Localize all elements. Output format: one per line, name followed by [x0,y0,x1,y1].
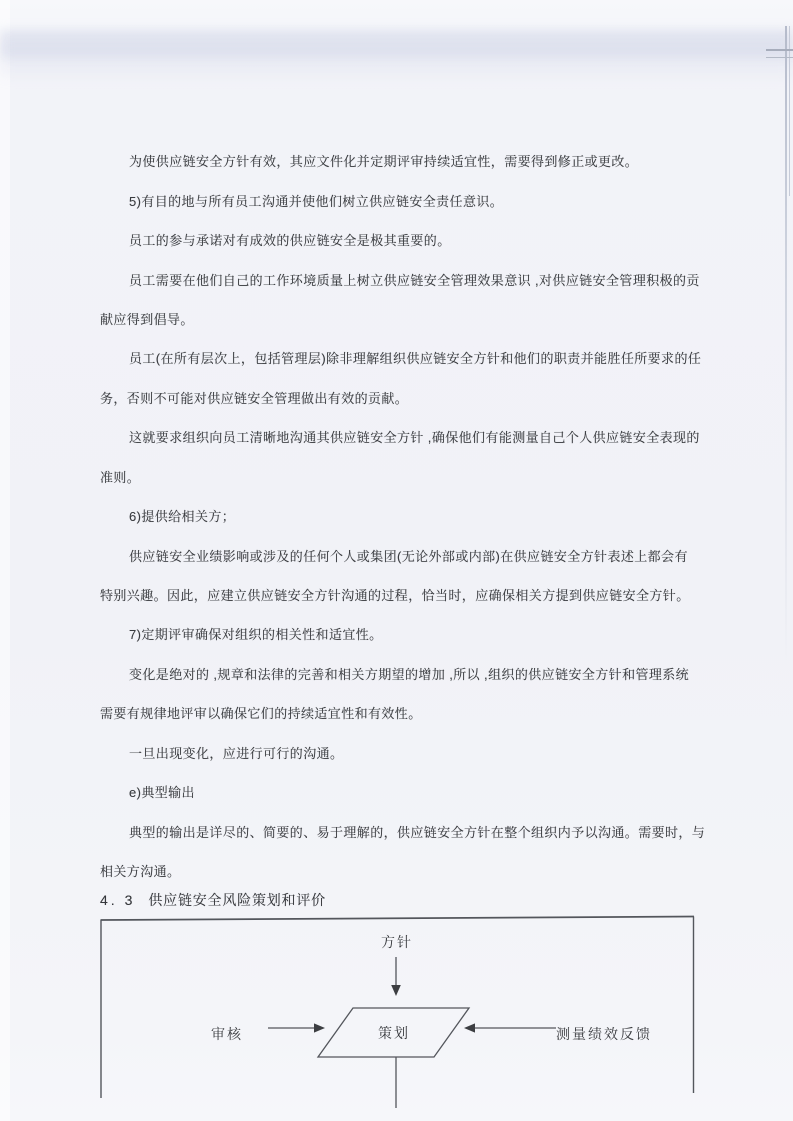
text-line: 需要有规律地评审以确保它们的持续适宜性和有效性。 [100,693,706,732]
arrow-right-icon [314,1023,325,1032]
scan-artifact-band-soft [0,40,793,74]
text-line: 员工需要在他们自己的工作环境质量上树立供应链安全管理效果意识 ,对供应链安全管理… [100,259,706,298]
text-line: 变化是绝对的 ,规章和法律的完善和相关方期望的增加 ,所以 ,组织的供应链安全方… [100,654,706,693]
text-line: 献应得到倡导。 [100,299,706,338]
scan-page-edge-line-2 [789,26,790,196]
figure-frame-top [101,917,695,921]
text-line: 相关方沟通。 [100,851,706,890]
arrow-left-icon [464,1023,475,1032]
text-line: 5)有目的地与所有员工沟通并使他们树立供应链安全责任意识。 [100,180,706,219]
text-line: 员工(在所有层次上，包括管理层)除非理解组织供应链安全方针和他们的职责并能胜任所… [100,338,706,377]
text-line: 7)定期评审确保对组织的相关性和适宜性。 [100,614,706,653]
paragraph-lines: 为使供应链安全方针有效，其应文件化并定期评审持续适宜性，需要得到修正或更改。5)… [100,141,706,890]
scan-edge-tick [766,49,793,51]
text-line: 6)提供给相关方； [100,496,706,535]
scan-left-light-strip [0,0,10,1121]
scan-edge-tick [766,57,793,58]
text-line: 典型的输出是详尽的、简要的、易于理解的，供应链安全方针在整个组织内予以沟通。需要… [100,811,706,850]
scan-page-edge-line [785,26,787,666]
text-line: 务，否则不可能对供应链安全管理做出有效的贡献。 [100,378,706,417]
text-line: 这就要求组织向员工清晰地沟通其供应链安全方针 ,确保他们有能测量自己个人供应链安… [100,417,706,456]
text-line: 员工的参与承诺对有成效的供应链安全是极其重要的。 [100,220,706,259]
flowchart-figure: 方针 策划 审核 测量绩效反馈 [100,915,695,1121]
text-line: 特别兴趣。因此，应建立供应链安全方针沟通的过程，恰当时，应确保相关方提到供应链安… [100,575,706,614]
section-title: 供应链安全风险策划和评价 [148,892,326,908]
text-line: 一旦出现变化，应进行可行的沟通。 [100,733,706,772]
section-heading: 4. 3供应链安全风险策划和评价 [100,890,326,910]
text-line: e)典型输出 [100,772,706,811]
planning-label: 策划 [378,1025,410,1041]
performance-feedback-label: 测量绩效反馈 [556,1026,652,1042]
audit-label: 审核 [211,1026,243,1042]
arrow-down-icon [391,985,401,996]
text-line: 供应链安全业绩影响或涉及的任何个人或集团(无论外部或内部)在供应链安全方针表述上… [100,535,706,574]
section-number: 4. 3 [100,892,135,908]
scanned-document-page: 为使供应链安全方针有效，其应文件化并定期评审持续适宜性，需要得到修正或更改。5)… [0,0,793,1121]
text-line: 为使供应链安全方针有效，其应文件化并定期评审持续适宜性，需要得到修正或更改。 [100,141,706,180]
text-line: 准则。 [100,457,706,496]
policy-label: 方针 [381,934,413,950]
